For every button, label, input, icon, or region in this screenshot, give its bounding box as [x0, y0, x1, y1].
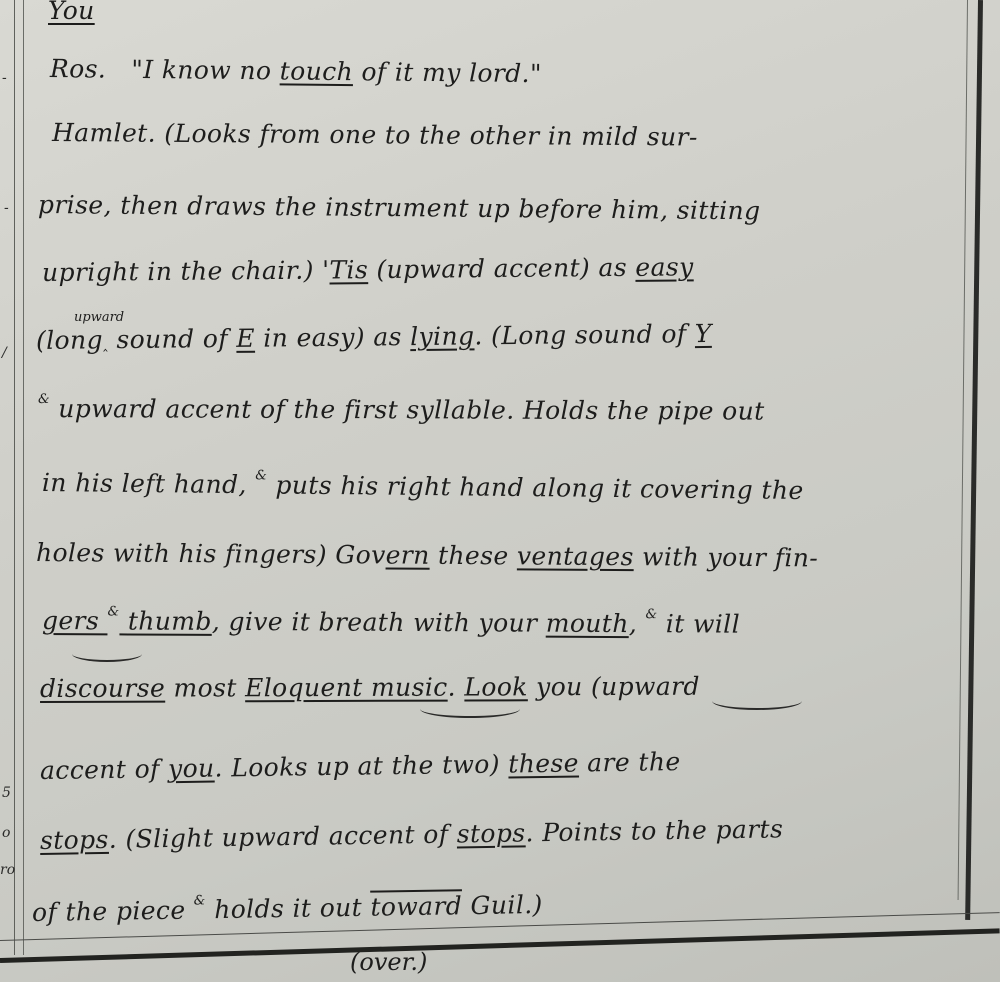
- margin-mark: 5: [2, 785, 11, 801]
- margin-mark: -: [4, 200, 9, 216]
- emphasis-word: easy: [635, 252, 694, 282]
- emphasis-word: thumb: [119, 606, 211, 635]
- bottom-page-border: [0, 928, 1000, 963]
- emphasis-word: ern: [386, 540, 430, 569]
- emphasis-word: stops: [40, 825, 109, 855]
- text-line: prise, then draws the instrument up befo…: [38, 190, 761, 225]
- ampersand-mark: &: [255, 468, 267, 483]
- text-fragment: ,: [629, 609, 646, 638]
- emphasis-word: Tis: [329, 255, 368, 284]
- emphasis-word: these: [508, 748, 579, 778]
- margin-mark: o: [2, 825, 10, 841]
- text-fragment: holes with his fingers) Gov: [36, 538, 386, 569]
- text-fragment: . Points to the parts: [525, 814, 783, 847]
- text-fragment: (long: [36, 325, 103, 355]
- emphasis-word: Look: [464, 672, 528, 701]
- ampersand-mark: &: [38, 392, 50, 407]
- margin-mark: ro: [0, 862, 15, 878]
- page-turn-note: (over.): [350, 948, 427, 976]
- text-fragment: in easy) as: [255, 322, 411, 353]
- slur-mark: [72, 646, 142, 662]
- left-margin-rule: [14, 0, 15, 955]
- emphasis-word: Y: [695, 319, 712, 348]
- text-line: in his left hand, & puts his right hand …: [42, 468, 804, 505]
- ampersand-mark: &: [194, 893, 206, 908]
- emphasis-word: discourse: [40, 674, 165, 703]
- text-line: You: [48, 0, 95, 25]
- text-fragment: . (Long sound of: [474, 319, 695, 350]
- slur-mark: [420, 700, 520, 718]
- text-line: (long‸ sound of E in easy) as lying. (Lo…: [36, 319, 712, 355]
- text-fragment: You: [48, 0, 95, 25]
- emphasis-word: ventages: [517, 541, 634, 571]
- left-margin-rule-inner: [23, 0, 24, 955]
- text-fragment: .: [448, 673, 465, 702]
- emphasis-word: toward: [370, 891, 462, 921]
- ampersand-mark: &: [108, 604, 120, 619]
- text-fragment: sound of: [108, 324, 237, 354]
- text-fragment: puts his right hand along it covering th…: [267, 470, 804, 505]
- slur-mark: [712, 692, 802, 710]
- text-fragment: . Looks up at the two): [214, 749, 508, 782]
- text-line: discourse most Eloquent music. Look you …: [40, 672, 700, 703]
- text-fragment: Guil.): [462, 890, 543, 920]
- text-fragment: . (Slight upward accent of: [109, 819, 457, 853]
- emphasis-word: gers: [42, 606, 108, 635]
- text-line: gers & thumb, give it breath with your m…: [42, 606, 740, 639]
- text-fragment: with your fin-: [634, 542, 819, 572]
- text-fragment: holds it out: [206, 893, 371, 925]
- margin-mark: -: [2, 70, 7, 86]
- speaker-label: Hamlet.: [52, 118, 156, 148]
- text-fragment: , give it breath with your: [212, 607, 546, 638]
- text-fragment: it will: [657, 609, 740, 638]
- text-fragment: "I know no: [131, 55, 280, 86]
- text-line: Hamlet. (Looks from one to the other in …: [52, 118, 698, 152]
- text-fragment: of the piece: [32, 895, 194, 927]
- insertion-above: upward: [74, 310, 124, 325]
- text-fragment: (Looks from one to the other in mild sur…: [156, 119, 698, 152]
- text-fragment: most: [165, 673, 245, 702]
- emphasis-word: Eloquent music: [245, 673, 448, 703]
- text-fragment: are the: [579, 747, 681, 777]
- text-line: holes with his fingers) Govern these ven…: [36, 538, 818, 572]
- text-fragment: accent of: [40, 754, 168, 785]
- manuscript-page: - - / 5 o ro You Ros. "I know no touch o…: [0, 0, 1000, 982]
- emphasis-word: E: [236, 324, 255, 353]
- text-line: accent of you. Looks up at the two) thes…: [40, 747, 681, 785]
- text-fragment: you (upward: [528, 672, 700, 702]
- emphasis-word: touch: [280, 56, 354, 86]
- emphasis-word: mouth: [546, 609, 629, 638]
- margin-mark: /: [2, 345, 7, 361]
- text-line: Ros. "I know no touch of it my lord.": [50, 54, 542, 88]
- text-fragment: (upward accent) as: [368, 253, 635, 284]
- text-fragment: upright in the chair.) ': [42, 255, 330, 287]
- emphasis-word: stops: [457, 818, 526, 848]
- text-fragment: in his left hand,: [42, 468, 255, 499]
- text-line: & upward accent of the first syllable. H…: [38, 394, 765, 426]
- right-page-border: [965, 0, 983, 920]
- emphasis-word: lying: [410, 321, 475, 351]
- text-fragment: these: [430, 541, 517, 571]
- text-fragment: of it my lord.": [353, 57, 542, 88]
- text-fragment: upward accent of the first syllable. Hol…: [50, 394, 765, 425]
- text-line: of the piece & holds it out toward Guil.…: [32, 890, 543, 927]
- speaker-label: Ros.: [50, 54, 107, 84]
- emphasis-word: you: [168, 754, 215, 784]
- ampersand-mark: &: [646, 607, 658, 622]
- text-line: upright in the chair.) 'Tis (upward acce…: [42, 252, 694, 287]
- text-line: stops. (Slight upward accent of stops. P…: [40, 814, 784, 855]
- text-fragment: prise, then draws the instrument up befo…: [38, 190, 761, 225]
